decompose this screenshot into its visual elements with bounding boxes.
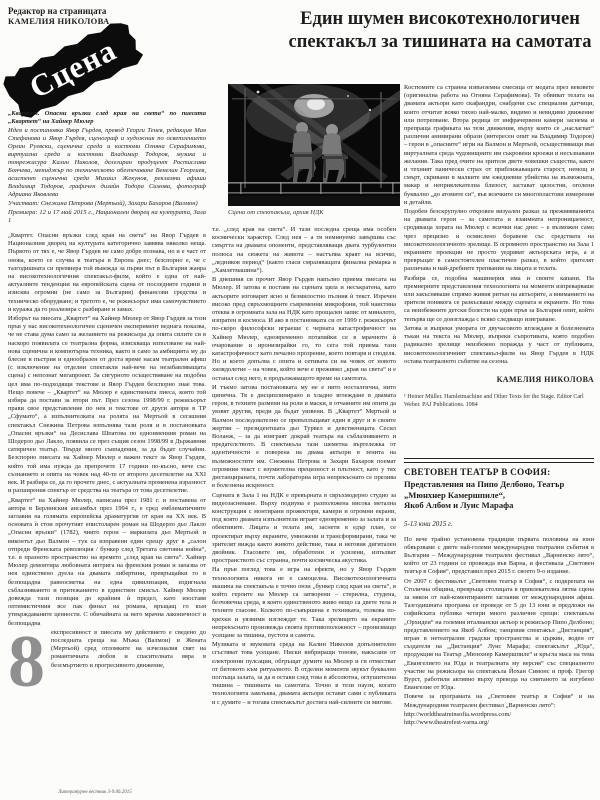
festival-paragraph: От 2007 г. фестивалът „Световен театър в… <box>404 578 594 693</box>
article-paragraph-end: 8 експресивност в пиесата му действието … <box>8 629 206 670</box>
festival-body: По вече трайно установена традиция първа… <box>404 536 594 728</box>
article-title: Един шумен високотехнологичен спектакъл … <box>283 8 597 54</box>
festival-paragraph: По вече трайно установена традиция първа… <box>404 536 594 577</box>
festival-kicker: СВЕТОВЕН ТЕАТЪР В СОФИЯ: <box>404 468 594 479</box>
article-column-1: „Квартет. Опасни връзки след края на све… <box>8 110 206 796</box>
article-column-2: т.е. „след края на света“. И тази послед… <box>212 226 396 792</box>
credits-block: „Квартет. Опасни връзки след края на све… <box>8 110 206 225</box>
editor-label: Редактор на страницата <box>8 6 198 16</box>
article-paragraph-end-text: експресивност в пиесата му действието е … <box>51 629 206 669</box>
newspaper-page: Редактор на страницата КАМЕЛИЯ НИКОЛОВА … <box>0 0 600 800</box>
article-title-line2: спектакъл за тишината на самотата <box>289 32 592 52</box>
section-stamp-label: Сцена <box>24 32 123 106</box>
festival-title-line3: Якоб Албом и Луис Марафа <box>404 500 513 510</box>
credits-cast: Участват: Снежина Петрова (Мертьой), Зах… <box>8 200 206 208</box>
festival-title-line1: Представления на Пипо Делбоно, Театър <box>404 479 564 489</box>
festival-link-2: http://www.theatrefest-varna.org/ <box>404 719 594 727</box>
festival-date: 5-13 юни 2015 г. <box>404 520 594 528</box>
credits-title: „Квартет. Опасни връзки след края на све… <box>8 110 206 126</box>
festival-title: Представления на Пипо Делбоно, Театър „М… <box>404 479 594 511</box>
article-paragraph: И тъкмо затова постановката му не е нито… <box>212 384 396 491</box>
credits-premiere: Премиера: 12 и 17 май 2015 г., Национале… <box>8 209 206 225</box>
issue-line: Литературен вестник 3-9.06.2015 <box>58 790 132 795</box>
article-paragraph: „Квартет“ на Хайнер Мюлер, написана през… <box>8 497 206 628</box>
credits-team: Идея и постановка Явор Гърдев, превод Ге… <box>8 127 206 199</box>
article-paragraph: Костюмите са странна извънземна смесица … <box>404 84 594 207</box>
article-paragraph: Подобен безскрупулно откровен визуален р… <box>404 208 594 274</box>
festival-link-1: http://worldtheatreinsofia.wordpress.com… <box>404 711 594 719</box>
festival-title-line2: „Мюнхнер Камершпиле“, <box>404 490 505 500</box>
article-paragraph: Изборът на пиесата „Квартет“ на Хайнер М… <box>8 315 206 495</box>
stage-photo-art <box>228 84 400 206</box>
editor-name: КАМЕЛИЯ НИКОЛОВА <box>8 16 198 26</box>
author-signature: КАМЕЛИЯ НИКОЛОВА <box>404 376 594 384</box>
stage-photo <box>228 84 400 206</box>
article-paragraph: Музиката и звуковата среда на Калин Нико… <box>212 641 396 707</box>
article-paragraph: т.е. „след края на света“. И тази послед… <box>212 226 396 275</box>
festival-links-intro: Повече за програмата на „Световен театър… <box>404 693 594 709</box>
article-title-line1: Един шумен високотехнологичен <box>300 9 580 29</box>
article-paragraph: „Квартет. Опасни връзки след края на све… <box>8 232 206 314</box>
footnote: ¹ Heiner Müller. Hamletmachine and Other… <box>404 394 594 409</box>
article-paragraph: На пръв поглед това е игра на ефекти, но… <box>212 566 396 640</box>
article-paragraph: Затова и въпреки умората от двучасовото … <box>404 325 594 366</box>
article-column-3: Костюмите са странна извънземна смесица … <box>404 84 594 456</box>
section-divider <box>404 458 594 463</box>
article-paragraph: В днешния си прочит Явор Гърдев напълно … <box>212 276 396 383</box>
editor-block: Редактор на страницата КАМЕЛИЯ НИКОЛОВА <box>8 6 198 26</box>
page-number: 8 <box>8 633 45 691</box>
article-paragraph: Разбира се, подобна машинерия има и свои… <box>404 275 594 324</box>
article-paragraph: Сцената в Зала 1 на НДК е превърната в с… <box>212 492 396 566</box>
festival-section: СВЕТОВЕН ТЕАТЪР В СОФИЯ: Представления н… <box>404 468 594 794</box>
photo-caption: Сцена от спектакъла, архив НДК <box>228 209 400 216</box>
section-stamp: Сцена <box>0 15 146 122</box>
